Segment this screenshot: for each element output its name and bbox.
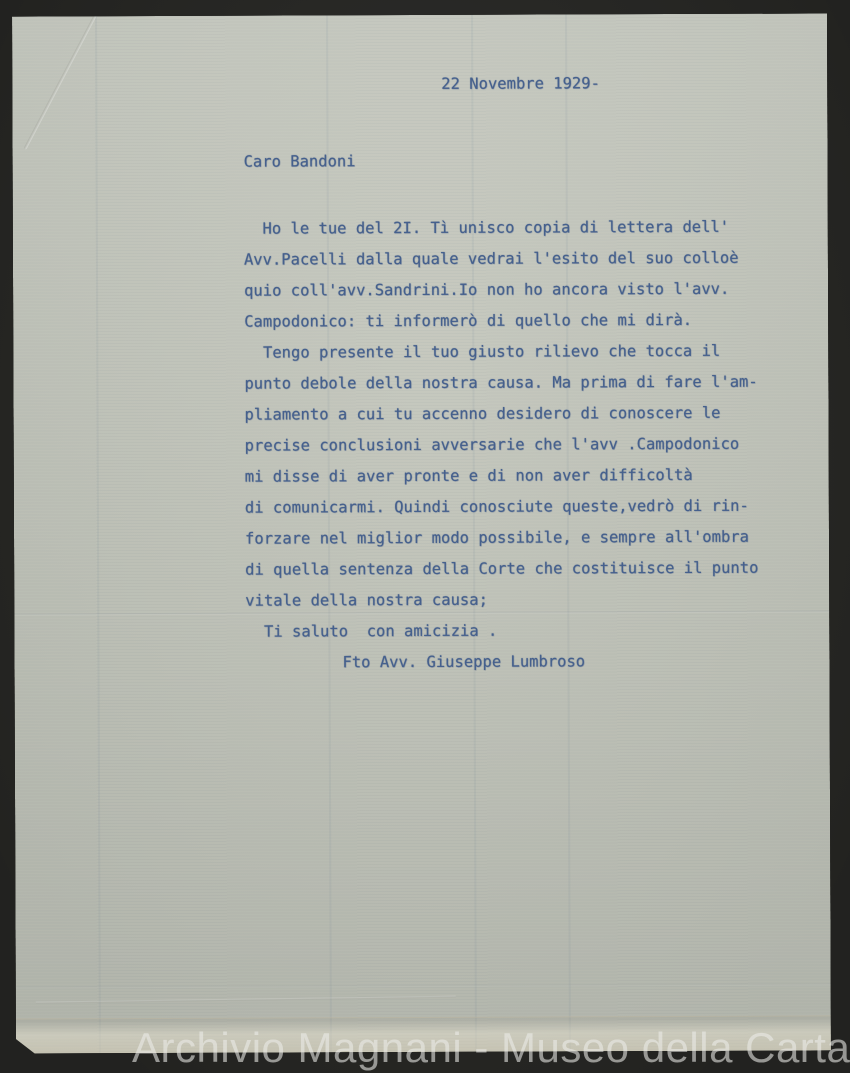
paper-crease	[24, 14, 97, 150]
letter-line: forzare nel miglior modo possibile, e se…	[245, 522, 758, 555]
letter-line: Tengo presente il tuo giusto rilievo che…	[244, 336, 757, 369]
watermark: Archivio Magnani - Museo della Carta	[132, 1024, 850, 1072]
letter-line: Ho le tue del 2I. Tì unisco copia di let…	[244, 212, 757, 245]
letter-date: 22 Novembre 1929-	[441, 68, 600, 100]
letter-line: pliamento a cui tu accenno desidero di c…	[244, 398, 757, 431]
letter-line: di quella sentenza della Corte che costi…	[245, 553, 758, 586]
scanned-letter-photo: 22 Novembre 1929- Caro Bandoni Ho le tue…	[0, 0, 850, 1073]
letter-line: precise conclusioni avversarie che l'avv…	[245, 429, 758, 462]
letter-line: quio coll'avv.Sandrini.Io non ho ancora …	[244, 274, 757, 307]
letter-line: punto debole della nostra causa. Ma prim…	[244, 367, 757, 400]
letter-line: mi disse di aver pronte e di non aver di…	[245, 460, 758, 493]
letter-line: vitale della nostra causa;	[245, 584, 758, 617]
letter-salutation: Caro Bandoni	[244, 146, 356, 177]
paper-chain-line	[95, 16, 101, 1053]
paper-fold-line	[16, 983, 831, 988]
letter-line: Ti saluto con amicizia .	[245, 615, 758, 648]
letter-page: 22 Novembre 1929- Caro Bandoni Ho le tue…	[12, 13, 831, 1053]
letter-line: di comunicarmi. Quindi conosciute queste…	[245, 491, 758, 524]
letter-line: Avv.Pacelli dalla quale vedrai l'esito d…	[244, 243, 757, 276]
signature-line: Fto Avv. Giuseppe Lumbroso	[342, 646, 758, 679]
letter-line: Campodonico: ti informerò di quello che …	[244, 305, 757, 338]
letter-body: Ho le tue del 2I. Tì unisco copia di let…	[244, 212, 759, 679]
